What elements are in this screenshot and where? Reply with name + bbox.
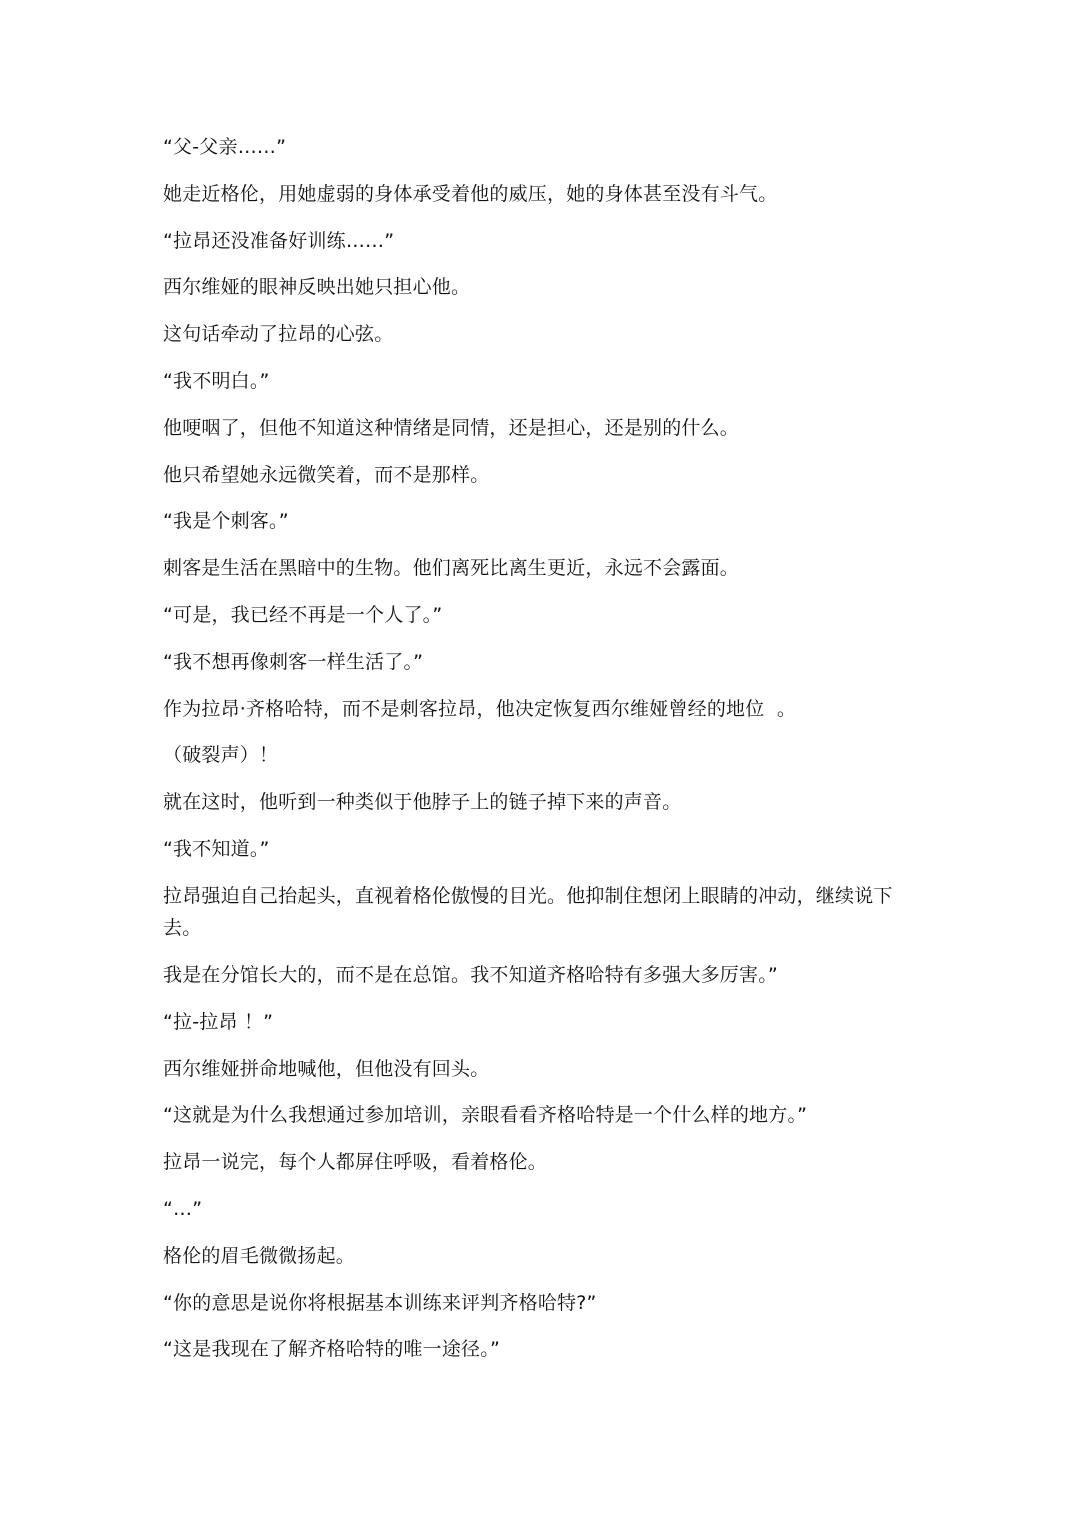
paragraph: 格伦的眉毛微微扬起。 [163, 1240, 915, 1273]
paragraph: “我不知道。” [163, 833, 915, 866]
paragraph: 拉昂强迫自己抬起头，直视着格伦傲慢的目光。他抑制住想闭上眼睛的冲动，继续说下去。 [163, 880, 915, 945]
paragraph: “父-父亲……” [163, 131, 915, 164]
paragraph: “这是我现在了解齐格哈特的唯一途径。” [163, 1333, 915, 1366]
paragraph: 这句话牵动了拉昂的心弦。 [163, 318, 915, 351]
paragraph: 他只希望她永远微笑着，而不是那样。 [163, 459, 915, 492]
paragraph: 西尔维娅的眼神反映出她只担心他。 [163, 271, 915, 304]
paragraph: 刺客是生活在黑暗中的生物。他们离死比离生更近，永远不会露面。 [163, 552, 915, 585]
paragraph: 作为拉昂·齐格哈特，而不是刺客拉昂，他决定恢复西尔维娅曾经的地位 。 [163, 693, 915, 726]
paragraph: “我不想再像刺客一样生活了。” [163, 646, 915, 679]
paragraph: 她走近格伦，用她虚弱的身体承受着他的威压，她的身体甚至没有斗气。 [163, 178, 915, 211]
paragraph: 拉昂一说完，每个人都屏住呼吸，看着格伦。 [163, 1146, 915, 1179]
paragraph: “…” [163, 1193, 915, 1226]
paragraph: 西尔维娅拼命地喊他，但他没有回头。 [163, 1053, 915, 1086]
paragraph: “这就是为什么我想通过参加培训，亲眼看看齐格哈特是一个什么样的地方。” [163, 1099, 915, 1132]
paragraph: （破裂声）！ [163, 739, 915, 772]
paragraph: “你的意思是说你将根据基本训练来评判齐格哈特?” [163, 1287, 915, 1320]
paragraph: 就在这时，他听到一种类似于他脖子上的链子掉下来的声音。 [163, 786, 915, 819]
paragraph: “我是个刺客。” [163, 505, 915, 538]
paragraph: 我是在分馆长大的，而不是在总馆。我不知道齐格哈特有多强大多厉害。” [163, 959, 915, 992]
paragraph: 他哽咽了，但他不知道这种情绪是同情，还是担心，还是别的什么。 [163, 412, 915, 445]
document-page: “父-父亲……” 她走近格伦，用她虚弱的身体承受着他的威压，她的身体甚至没有斗气… [163, 131, 915, 1380]
paragraph: “拉昂还没准备好训练……” [163, 225, 915, 258]
paragraph: “我不明白。” [163, 365, 915, 398]
paragraph: “可是，我已经不再是一个人了。” [163, 599, 915, 632]
paragraph: “拉-拉昂 ！” [163, 1006, 915, 1039]
